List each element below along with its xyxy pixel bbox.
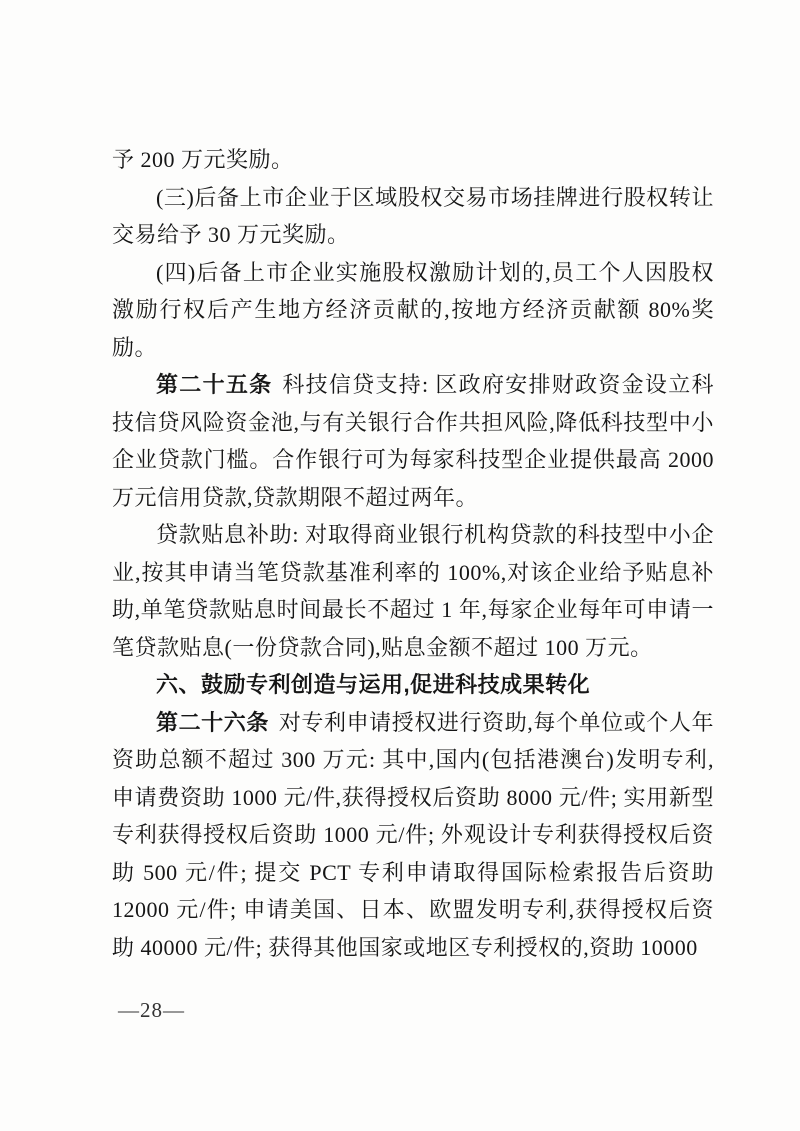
paragraph-continuation: 予 200 万元奖励。 bbox=[112, 141, 714, 179]
paragraph-article-26: 第二十六条对专利申请授权进行资助,每个单位或个人年资助总额不超过 300 万元:… bbox=[112, 704, 714, 967]
scanned-document-page: 予 200 万元奖励。 (三)后备上市企业于区域股权交易市场挂牌进行股权转让交易… bbox=[0, 0, 800, 1131]
paragraph-loan-subsidy: 贷款贴息补助: 对取得商业银行机构贷款的科技型中小企业,按其申请当笔贷款基准利率… bbox=[112, 516, 714, 666]
paragraph-item-4: (四)后备上市企业实施股权激励计划的,员工个人因股权激励行权后产生地方经济贡献的… bbox=[112, 254, 714, 367]
article-25-number: 第二十五条 bbox=[156, 372, 272, 397]
paragraph-item-3: (三)后备上市企业于区域股权交易市场挂牌进行股权转让交易给予 30 万元奖励。 bbox=[112, 179, 714, 254]
paragraph-article-25: 第二十五条科技信贷支持: 区政府安排财政资金设立科技信贷风险资金池,与有关银行合… bbox=[112, 366, 714, 516]
page-number: —28— bbox=[118, 996, 185, 1024]
article-26-text: 对专利申请授权进行资助,每个单位或个人年资助总额不超过 300 万元: 其中,国… bbox=[112, 710, 714, 960]
section-heading-6: 六、鼓励专利创造与运用,促进科技成果转化 bbox=[112, 666, 714, 704]
article-26-number: 第二十六条 bbox=[156, 710, 269, 735]
document-body: 予 200 万元奖励。 (三)后备上市企业于区域股权交易市场挂牌进行股权转让交易… bbox=[112, 0, 714, 966]
